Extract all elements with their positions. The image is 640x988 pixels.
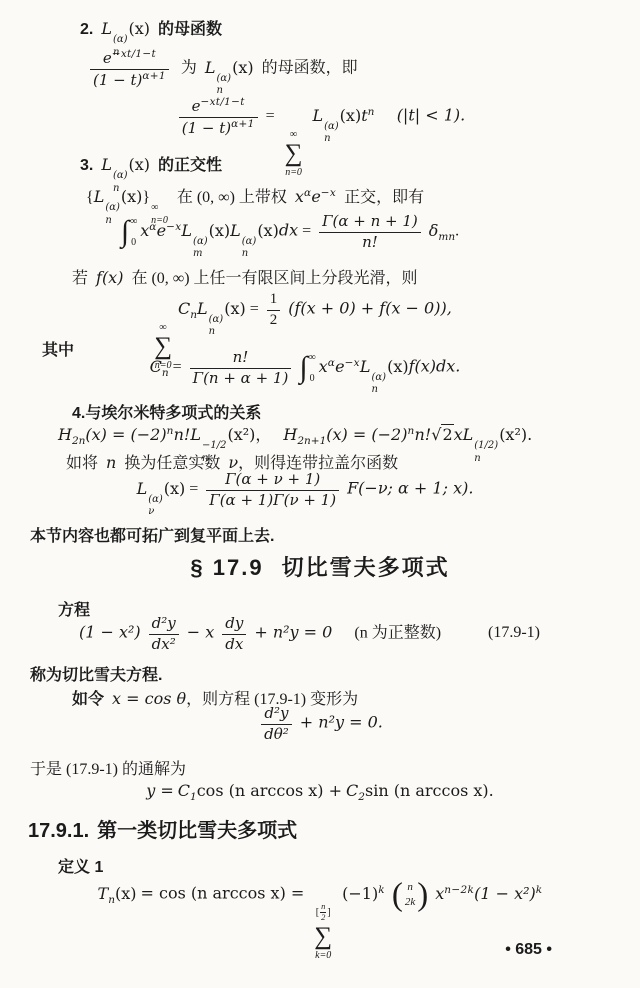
laguerre-sup: (α): [148, 494, 163, 507]
laguerre-symbol: L(α)n(x): [360, 357, 409, 376]
weight-x-exp: α: [149, 221, 156, 233]
ode-f2-num: dy: [222, 614, 246, 634]
one-half-fraction: 12: [267, 290, 281, 330]
integral-icon: ∫: [299, 353, 307, 383]
h2-arg: (x²).: [499, 425, 532, 444]
weight-e: e: [157, 221, 166, 240]
coefficient-equation: Cn = n!Γ(n + α + 1) ∫∞0xαe−xL(α)n(x)f(x)…: [0, 348, 640, 397]
weight-e: e: [311, 187, 320, 206]
T-sub: n: [108, 894, 115, 906]
integral-upper: ∞: [130, 216, 137, 227]
chebyshev-ode: (1 − x²) d²ydx² − x dydx + n²y = 0 (n 为正…: [0, 614, 640, 654]
coefficient: Cn: [150, 357, 169, 376]
laguerre-L: L: [205, 58, 216, 77]
equation-tag: (17.9-1): [488, 624, 540, 642]
laguerre-symbol: L(α)n(x): [94, 187, 143, 206]
orth-rhs-denominator: n!: [319, 232, 421, 253]
laguerre-arg: (x): [121, 187, 143, 206]
x-base: x: [435, 884, 444, 903]
item2-number: 2.: [80, 21, 93, 38]
h1-arg: (x²)，: [227, 425, 271, 444]
laguerre-scripts: (α)m: [193, 236, 208, 261]
laguerre-arg: (x): [224, 299, 246, 318]
C-sub: 2: [358, 791, 365, 803]
laguerre-symbol: L(α)n(x): [205, 58, 254, 77]
gf-eq-num-exp: −xt/1−t: [200, 96, 244, 108]
gf-fraction: e−xt/1−t(1 − t)α+1: [90, 48, 169, 90]
laguerre-symbol: L(α)n(x): [312, 106, 361, 125]
x-power: xn−2k: [435, 884, 474, 903]
gs-cos: cos (n arccos x) +: [197, 781, 342, 800]
H2n-term: H2n(x) = (−2)nn!L−1/2n(x²)，: [58, 425, 271, 444]
h2-x: x: [454, 425, 463, 444]
orth-tail-text: 正交，即有: [344, 189, 424, 206]
laguerre-sup: (α): [372, 372, 387, 385]
laguerre-arg: (x): [129, 155, 151, 174]
item4-title: 与埃尔米特多项式的关系: [85, 405, 261, 422]
gf-eq-denominator: (1 − t)α+1: [179, 117, 258, 139]
theta-tail: + n²y = 0.: [300, 713, 383, 732]
sign-base: (−1): [342, 884, 378, 903]
laguerre-nu-symbol: L(α)ν(x): [137, 479, 186, 498]
gf-eq-den-exp: α+1: [231, 118, 254, 130]
gf-eq-den-base: (1 − t): [182, 119, 231, 137]
ode-f1-den: dx²: [149, 634, 179, 655]
section-heading: § 17.9切比雪夫多项式: [0, 551, 640, 582]
theta-equation: d²ydθ² + n²y = 0.: [0, 704, 640, 744]
H-sub: 2n+1: [297, 435, 326, 447]
subsection-heading: 17.9.1.第一类切比雪夫多项式: [28, 814, 297, 843]
orth-rhs-fraction: Γ(α + n + 1)n!: [319, 212, 421, 252]
T-arg: (x): [115, 884, 137, 903]
closing-text: 本节内容也都可拓广到复平面上去.: [30, 528, 274, 545]
weight-e-exp: −x: [345, 357, 360, 369]
paren-left-icon: (: [392, 881, 403, 909]
brace-right: }: [142, 189, 150, 206]
called-line: 称为切比雪夫方程.: [30, 662, 162, 685]
sqrt-radicand: 2: [441, 424, 453, 444]
laguerre-sub: ν: [148, 506, 154, 519]
coefficient: Cn: [178, 299, 197, 318]
gf-den-base: (1 − t): [93, 71, 142, 89]
delta-sub: mn: [438, 231, 455, 243]
C-symbol: C: [178, 299, 190, 318]
h1-exp: n: [167, 425, 174, 437]
dx-token: dx: [279, 221, 298, 240]
gs-y: y =: [146, 781, 174, 800]
equals-sign: =: [250, 301, 259, 318]
laguerre-arg: (x): [232, 58, 254, 77]
expand-post: 在 (0, ∞) 上任一有限区间上分段光滑，则: [131, 270, 417, 287]
laguerre-arg: (x): [257, 221, 279, 240]
laguerre-L: L: [230, 221, 241, 240]
weight-function: xαe−x: [140, 221, 181, 240]
item4-number: 4.: [72, 405, 85, 422]
ode-lead: (1 − x²): [79, 623, 141, 642]
called-text: 称为切比雪夫方程.: [30, 667, 162, 684]
integral-operator: ∫∞0: [299, 352, 315, 384]
subsection-number: 17.9.1.: [28, 820, 89, 842]
sum-operator: ∞∑n=0: [285, 129, 303, 179]
laguerre-arg: (x): [340, 106, 362, 125]
paren-power: (1 − x²)k: [474, 884, 542, 903]
book-page: 2.L(α)n(x)的母函数 e−xt/1−t(1 − t)α+1为L(α)n(…: [0, 0, 640, 988]
convergence-condition: (|t| < 1).: [397, 106, 466, 125]
laguerre-scripts: (α)n: [324, 121, 339, 146]
H-symbol: H: [283, 425, 297, 444]
laguerre-scripts: (α)n: [209, 314, 224, 339]
nu-denominator: Γ(α + 1)Γ(ν + 1): [206, 490, 339, 511]
C-symbol: C: [346, 781, 358, 800]
theta-denominator: dθ²: [261, 724, 292, 745]
theta-fraction: d²ydθ²: [261, 704, 292, 744]
x-exp: n−2k: [444, 884, 474, 896]
C-sub: 1: [190, 791, 197, 803]
weight-e-exp: −x: [321, 187, 336, 199]
laguerre-arg: (x): [387, 357, 409, 376]
h2-exp: n: [407, 425, 414, 437]
gf-num-base: e: [103, 49, 112, 67]
laguerre-L: L: [197, 299, 208, 318]
laguerre-sup: (α): [242, 236, 257, 249]
weight-x: x: [319, 357, 328, 376]
definition-label-text: 定义 1: [58, 859, 103, 876]
sigma-icon: ∑: [285, 140, 303, 167]
equals-sign: =: [266, 108, 275, 125]
laguerre-scripts: (α)ν: [148, 494, 163, 519]
coef-numerator: n!: [190, 348, 292, 368]
sum-upper-limit: ∞: [290, 129, 297, 141]
lim-num: n: [321, 902, 325, 912]
gs-sin: sin (n arccos x).: [365, 781, 494, 800]
binom-top: n: [407, 880, 413, 895]
lim-den: 2: [320, 912, 326, 923]
sum-lower-limit: n=0: [285, 167, 302, 179]
laguerre-L: L: [360, 357, 371, 376]
binom-stack: n2k: [403, 880, 417, 910]
tn-cos-part: = cos (n arccos x) =: [140, 884, 304, 903]
paren-exp: k: [536, 884, 543, 896]
generating-function-intro: e−xt/1−t(1 − t)α+1为L(α)n(x)的母函数，即: [86, 48, 358, 98]
laguerre-symbol: L(α)n(x): [230, 221, 279, 240]
t-exp: n: [368, 106, 375, 118]
laguerre-sup: (α): [217, 73, 232, 86]
nu-fraction: Γ(α + ν + 1)Γ(α + 1)Γ(ν + 1): [206, 470, 339, 510]
equals-sign: =: [302, 223, 311, 240]
nu-numerator: Γ(α + ν + 1): [206, 470, 339, 490]
sum-upper-limit: ∞: [160, 322, 167, 334]
sum-operator: [n2]∑k=0: [314, 902, 332, 961]
laguerre-symbol-m: L(α)m(x): [181, 221, 230, 240]
C-symbol: C: [150, 357, 162, 376]
laguerre-sub: n: [324, 133, 330, 146]
weight-x: x: [140, 221, 149, 240]
delta-symbol: δ: [429, 221, 439, 240]
page-number-text: • 685 •: [505, 941, 552, 958]
laguerre-scripts: (α)n: [242, 236, 257, 261]
n-over-2: n2: [320, 902, 326, 923]
laguerre-sup: (1/2): [474, 440, 498, 453]
gf-num-exp: −xt/1−t: [112, 48, 156, 60]
H-symbol: H: [58, 425, 72, 444]
ode-f2-den: dx: [222, 634, 246, 655]
t-power: tn: [361, 106, 375, 125]
expand-pre: 若: [72, 270, 88, 287]
laguerre-sup: (α): [193, 236, 208, 249]
definition-label: 定义 1: [58, 854, 103, 877]
solution-intro: 于是 (17.9-1) 的通解为: [30, 756, 186, 779]
binom-bottom: 2k: [405, 895, 415, 910]
gf-frac-numerator: e−xt/1−t: [90, 48, 169, 69]
laguerre-arg: (x): [209, 221, 231, 240]
sign-exp: k: [378, 884, 385, 896]
hypergeometric-term: F(−ν; α + 1; x).: [347, 479, 473, 498]
gf-eq-fraction: e−xt/1−t(1 − t)α+1: [179, 96, 258, 138]
weight-x-exp: α: [328, 357, 335, 369]
weight-function: xαe−x: [319, 357, 360, 376]
laguerre-L: L: [190, 425, 201, 444]
paren-right-icon: ): [417, 881, 428, 909]
weight-e: e: [335, 357, 344, 376]
coef-denominator: Γ(n + α + 1): [190, 368, 292, 389]
equals-sign: =: [189, 481, 198, 498]
page-number: • 685 •: [505, 941, 552, 959]
laguerre-symbol: L(α)n(x): [101, 155, 150, 174]
half-denominator: 2: [267, 310, 281, 331]
laguerre-scripts: (α)n: [372, 372, 387, 397]
associated-laguerre-equation: L(α)ν(x) = Γ(α + ν + 1)Γ(α + 1)Γ(ν + 1) …: [0, 470, 640, 519]
ode-mid: − x: [187, 623, 215, 642]
sqrt-icon: √: [431, 425, 441, 444]
integral-icon: ∫: [121, 217, 129, 247]
laguerre-L: L: [137, 479, 148, 498]
C-symbol: C: [178, 781, 190, 800]
laguerre-arg: (x): [129, 19, 151, 38]
laguerre-sub: n: [242, 248, 248, 261]
brace-left: {: [86, 189, 94, 206]
sum-lower-limit: k=0: [315, 950, 331, 962]
solution-intro-text: 于是 (17.9-1) 的通解为: [30, 761, 186, 778]
gf-mid-text: 为: [181, 60, 197, 77]
laguerre-L: L: [101, 155, 112, 174]
gs-C2: C2: [346, 781, 365, 800]
weight-x: x: [295, 187, 304, 206]
laguerre-sub: n: [372, 384, 378, 397]
laguerre-sub: n: [209, 326, 215, 339]
laguerre-L: L: [312, 106, 323, 125]
period: .: [455, 223, 459, 240]
gf-eq-numerator: e−xt/1−t: [179, 96, 258, 117]
integral-limits: ∞0: [309, 352, 316, 384]
integral-upper: ∞: [309, 352, 316, 363]
closing-remark: 本节内容也都可拓广到复平面上去.: [30, 523, 274, 546]
ode-fraction-2: dydx: [222, 614, 246, 654]
sigma-icon: ∑: [314, 923, 332, 950]
ode-tail: + n²y = 0: [254, 623, 332, 642]
gs-C1: C1: [178, 781, 197, 800]
laguerre-L: L: [181, 221, 192, 240]
bracket-right: ]: [327, 908, 330, 918]
kronecker-delta: δmn: [429, 221, 455, 240]
binomial-coefficient: (n2k): [392, 880, 428, 910]
sum-upper-limit: [n2]: [316, 902, 331, 923]
weight-function: xαe−x: [295, 187, 336, 206]
item3-number: 3.: [80, 157, 93, 174]
h2-mid: (x) = (−2): [326, 425, 407, 444]
H2n1-term: H2n+1(x) = (−2)nn!√2xL(1/2)n(x²).: [283, 425, 532, 444]
h1-mid: (x) = (−2): [85, 425, 166, 444]
laguerre-arg: (x): [164, 479, 186, 498]
laguerre-scripts: (α)n: [217, 73, 232, 98]
coef-fraction: n!Γ(n + α + 1): [190, 348, 292, 388]
theta-numerator: d²y: [261, 704, 292, 724]
bracket-left: [: [316, 908, 319, 918]
laguerre-symbol: L(α)n(x): [197, 299, 246, 318]
laguerre-L: L: [463, 425, 474, 444]
laguerre-sub-m: m: [193, 248, 202, 261]
laguerre-sup: (α): [324, 121, 339, 134]
subsection-title: 第一类切比雪夫多项式: [97, 820, 297, 842]
expansion-intro: 若f(x)在 (0, ∞) 上任一有限区间上分段光滑，则: [72, 265, 418, 288]
integral-limits: ∞0: [130, 216, 137, 248]
integral-lower: 0: [130, 237, 137, 248]
laguerre-L: L: [101, 19, 112, 38]
item2-title: 的母函数: [158, 21, 222, 38]
fx-token: f(x): [96, 268, 123, 287]
orth-mid-text: 在 (0, ∞) 上带权: [177, 189, 287, 206]
Tn-symbol: Tn(x): [98, 884, 137, 903]
section-number: § 17.9: [190, 555, 263, 580]
paren-base: (1 − x²): [474, 884, 536, 903]
ode-note: (n 为正整数): [354, 625, 441, 642]
H-sub: 2n: [72, 435, 85, 447]
orthogonality-equation: ∫∞0xαe−xL(α)m(x)L(α)n(x)dx = Γ(α + n + 1…: [0, 212, 640, 261]
gf-frac-denominator: (1 − t)α+1: [90, 69, 169, 91]
item4-heading: 4.与埃尔米特多项式的关系: [72, 400, 261, 423]
coef-tail: f(x)dx.: [409, 357, 461, 376]
ode-f1-num: d²y: [149, 614, 179, 634]
weight-e-exp: −x: [166, 221, 181, 233]
expansion-rhs: (f(x + 0) + f(x − 0)),: [288, 299, 452, 318]
laguerre-sup: (α): [113, 170, 128, 183]
general-solution: y = C1cos (n arccos x) + C2sin (n arccos…: [0, 781, 640, 803]
laguerre-sup: (α): [209, 314, 224, 327]
half-numerator: 1: [267, 290, 281, 310]
equals-sign: =: [173, 359, 182, 376]
equation-tag-text: (17.9-1): [488, 624, 540, 641]
laguerre-symbol: L(α)n(x): [101, 19, 150, 38]
integral-lower: 0: [309, 373, 316, 384]
laguerre-sub: n: [474, 453, 480, 466]
gf-tail-text: 的母函数，即: [262, 60, 358, 77]
C-sub: n: [162, 367, 169, 379]
ode-fraction-1: d²ydx²: [149, 614, 179, 654]
orth-rhs-numerator: Γ(α + n + 1): [319, 212, 421, 232]
h1-factorial: n!: [174, 425, 191, 444]
laguerre-sup: (α): [113, 34, 128, 47]
laguerre-scripts: (1/2)n: [474, 440, 498, 465]
gf-den-exp: α+1: [142, 70, 165, 82]
sign-factor: (−1)k: [342, 884, 385, 903]
h2-factorial: n!: [415, 425, 432, 444]
laguerre-L: L: [94, 187, 105, 206]
section-title: 切比雪夫多项式: [282, 555, 450, 580]
integral-operator: ∫∞0: [121, 216, 137, 248]
item3-title: 的正交性: [158, 157, 222, 174]
T-symbol: T: [98, 884, 109, 903]
